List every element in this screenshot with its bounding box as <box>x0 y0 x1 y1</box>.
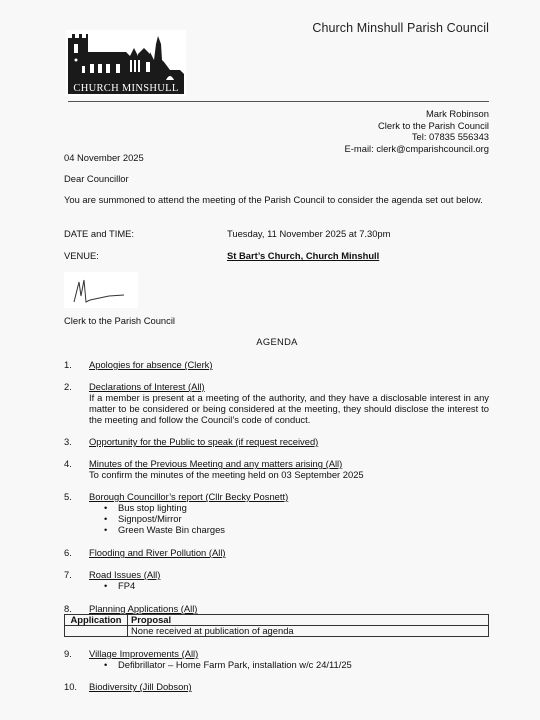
clerk-role: Clerk to the Parish Council <box>345 120 489 132</box>
bullet-item: •FP4 <box>89 580 489 591</box>
date-time-value: Tuesday, 11 November 2025 at 7.30pm <box>227 228 390 239</box>
cell-application <box>65 626 128 637</box>
item-number: 8. <box>64 603 84 614</box>
bullet-icon: • <box>104 513 107 524</box>
date-time-label: DATE and TIME: <box>64 228 134 239</box>
letter-date: 04 November 2025 <box>64 152 144 163</box>
item-heading: Opportunity for the Public to speak (if … <box>89 436 489 447</box>
item-heading: Apologies for absence (Clerk) <box>89 359 489 370</box>
item-number: 10. <box>64 681 84 692</box>
item-number: 5. <box>64 491 84 502</box>
agenda-item: 1. Apologies for absence (Clerk) <box>64 359 489 370</box>
item-heading: Flooding and River Pollution (All) <box>89 547 489 558</box>
item-number: 2. <box>64 381 84 392</box>
church-minshull-logo: CHURCH MINSHULL <box>66 30 186 96</box>
agenda-title: AGENDA <box>0 336 540 347</box>
clerk-email[interactable]: E-mail: clerk@cmparishcouncil.org <box>345 143 489 155</box>
item-bullets: •FP4 <box>89 580 489 591</box>
cell-proposal: None received at publication of agenda <box>128 626 489 637</box>
item-bullets: •Bus stop lighting •Signpost/Mirror •Gre… <box>89 502 489 535</box>
agenda-item: 3. Opportunity for the Public to speak (… <box>64 436 489 447</box>
signature-image <box>64 272 138 308</box>
item-number: 1. <box>64 359 84 370</box>
org-title: Church Minshull Parish Council <box>312 23 489 34</box>
agenda-item: 5. Borough Councillor’s report (Cllr Bec… <box>64 491 489 535</box>
bullet-item: •Bus stop lighting <box>89 502 489 513</box>
agenda-item: 8. Planning Applications (All) <box>64 603 489 614</box>
bullet-item: •Green Waste Bin charges <box>89 524 489 535</box>
item-heading: Village Improvements (All) <box>89 648 489 659</box>
logo-text: CHURCH MINSHULL <box>73 83 178 94</box>
item-bullets: •Defibrillator – Home Farm Park, install… <box>89 659 489 670</box>
item-number: 9. <box>64 648 84 659</box>
item-heading: Road Issues (All) <box>89 569 489 580</box>
item-heading: Planning Applications (All) <box>89 603 489 614</box>
clerk-tel: Tel: 07835 556343 <box>345 131 489 143</box>
item-number: 3. <box>64 436 84 447</box>
agenda-item: 6. Flooding and River Pollution (All) <box>64 547 489 558</box>
column-header-proposal: Proposal <box>128 615 489 626</box>
table-header-row: Application Proposal <box>65 615 489 626</box>
header-divider <box>68 101 489 102</box>
item-number: 7. <box>64 569 84 580</box>
agenda-item: 10. Biodiversity (Jill Dobson) <box>64 681 489 692</box>
contact-block: Mark Robinson Clerk to the Parish Counci… <box>345 108 489 154</box>
item-description: To confirm the minutes of the meeting he… <box>89 469 489 480</box>
item-heading: Borough Councillor’s report (Cllr Becky … <box>89 491 489 502</box>
item-heading: Minutes of the Previous Meeting and any … <box>89 458 489 469</box>
item-description: If a member is present at a meeting of t… <box>89 392 489 425</box>
agenda-item: 9. Village Improvements (All) •Defibrill… <box>64 648 489 670</box>
venue-value: St Bart’s Church, Church Minshull <box>227 250 379 261</box>
item-number: 6. <box>64 547 84 558</box>
bullet-item: •Defibrillator – Home Farm Park, install… <box>89 659 489 670</box>
bullet-icon: • <box>104 659 107 670</box>
item-number: 4. <box>64 458 84 469</box>
venue-label: VENUE: <box>64 250 99 261</box>
agenda-item: 7. Road Issues (All) •FP4 <box>64 569 489 591</box>
bullet-icon: • <box>104 524 107 535</box>
agenda-item: 2. Declarations of Interest (All) If a m… <box>64 381 489 425</box>
item-heading: Declarations of Interest (All) <box>89 381 489 392</box>
bullet-icon: • <box>104 502 107 513</box>
planning-table: Application Proposal None received at pu… <box>64 614 489 637</box>
item-heading: Biodiversity (Jill Dobson) <box>89 681 489 692</box>
signatory-title: Clerk to the Parish Council <box>64 315 175 326</box>
salutation: Dear Councillor <box>64 173 129 184</box>
column-header-application: Application <box>65 615 128 626</box>
table-row: None received at publication of agenda <box>65 626 489 637</box>
signature-icon <box>64 272 138 308</box>
bullet-icon: • <box>104 580 107 591</box>
agenda-item: 4. Minutes of the Previous Meeting and a… <box>64 458 489 480</box>
clerk-name: Mark Robinson <box>345 108 489 120</box>
summons-text: You are summoned to attend the meeting o… <box>64 195 489 206</box>
bullet-item: •Signpost/Mirror <box>89 513 489 524</box>
